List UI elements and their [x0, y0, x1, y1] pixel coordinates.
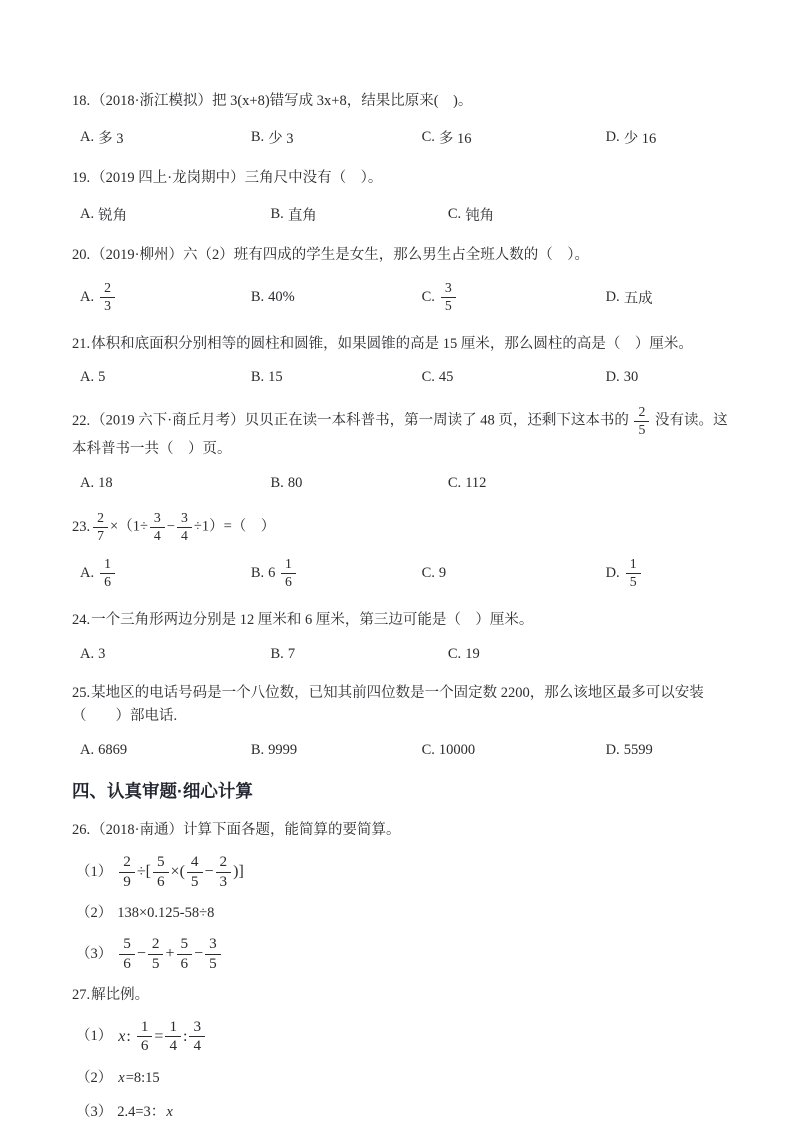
option-label: B. [251, 742, 264, 759]
fraction-denominator: 6 [141, 1037, 149, 1054]
fraction-denominator: 4 [154, 528, 161, 544]
sub-item-27-2: （2）x=8:15 [72, 1067, 737, 1090]
option-a: A.18 [80, 475, 271, 492]
options-row: A.6869B.9999C.10000D.5599 [72, 742, 737, 759]
question-stem: 21.体积和底面积分别相等的圆柱和圆锥，如果圆锥的高是 15 厘米，那么圆柱的高… [72, 333, 737, 357]
option-label: C. [422, 565, 435, 582]
math-text: 30 [624, 369, 639, 386]
math-text: 18 [98, 475, 113, 492]
option-a: A.16 [80, 557, 251, 590]
fraction-denominator: 4 [193, 1037, 201, 1054]
option-c: C.10000 [422, 742, 606, 759]
fraction-denominator: 5 [638, 422, 645, 438]
fraction-denominator: 5 [152, 955, 160, 972]
math-text: 15 [268, 369, 283, 386]
fraction: 29 [119, 854, 135, 890]
fraction: 34 [150, 511, 165, 544]
variable-x: x [165, 1101, 173, 1122]
math-text: − [137, 941, 146, 967]
option-d: D.五成 [606, 287, 737, 308]
option-c: C.多 16 [422, 127, 606, 148]
option-label: C. [422, 742, 435, 759]
sub-item-label: （3） [76, 1101, 112, 1122]
options-row: A.3B.7C.19 [72, 646, 737, 663]
fraction: 45 [187, 854, 203, 890]
option-d: D.15 [606, 557, 737, 590]
fraction-denominator: 7 [97, 528, 104, 544]
option-label: A. [80, 742, 94, 759]
fraction-denominator: 4 [169, 1037, 177, 1054]
math-text: 40% [268, 289, 295, 306]
sub-item-27-1: （1）x: 16=14:34 [72, 1019, 737, 1055]
fraction: 34 [177, 511, 192, 544]
math-text: 多 3 [98, 127, 123, 148]
variable-x: x [117, 1024, 126, 1050]
option-label: B. [251, 565, 264, 582]
option-b: B.直角 [271, 204, 448, 225]
math-text: 112 [465, 475, 486, 492]
option-a: A.3 [80, 646, 271, 663]
options-row: A.23B.40%C.35D.五成 [72, 281, 737, 314]
options-row: A.5B.15C.45D.30 [72, 369, 737, 386]
math-text: : [126, 1024, 134, 1050]
options-row: A.锐角B.直角C.钝角 [72, 204, 737, 225]
fraction: 34 [189, 1019, 205, 1055]
question-stem: 18.（2018·浙江模拟）把 3(x+8)错写成 3x+8，结果比原来( )。 [72, 90, 737, 114]
question-20: 20.（2019·柳州）六（2）班有四成的学生是女生，那么男生占全班人数的（ ）… [72, 244, 737, 314]
fraction-numerator: 2 [119, 854, 135, 872]
option-label: B. [271, 646, 284, 663]
fraction: 16 [281, 557, 296, 590]
fraction-numerator: 1 [100, 557, 115, 574]
option-c: C.45 [422, 369, 606, 386]
option-label: B. [251, 369, 264, 386]
question-number: 26. [72, 822, 90, 838]
question-stem: 25.某地区的电话号码是一个八位数，已知其前四位数是一个固定数 2200，那么该… [72, 682, 737, 730]
sub-item-label: （3） [76, 943, 112, 966]
question-number: 25. [72, 685, 90, 701]
fraction-denominator: 3 [104, 298, 111, 314]
math-text: （2018·南通）计算下面各题，能简算的要简算。 [91, 822, 400, 838]
options-row: A.18B.80C.112 [72, 475, 737, 492]
sub-item-label: （1） [76, 861, 112, 884]
option-b: B.9999 [251, 742, 422, 759]
option-a: A.5 [80, 369, 251, 386]
question-number: 22. [72, 413, 90, 429]
option-c: C.19 [448, 646, 737, 663]
math-text: 19 [465, 646, 480, 663]
fraction: 16 [100, 557, 115, 590]
fraction: 35 [441, 281, 456, 314]
option-label: D. [606, 742, 620, 759]
fraction-denominator: 3 [220, 873, 228, 890]
fraction-denominator: 5 [191, 873, 199, 890]
math-text: 直角 [288, 204, 317, 225]
question-number: 27. [72, 987, 90, 1003]
option-label: B. [251, 129, 264, 146]
option-label: A. [80, 289, 94, 306]
option-label: D. [606, 565, 620, 582]
options-row: A.16B.6 16C.9D.15 [72, 557, 737, 590]
option-label: B. [271, 206, 284, 223]
math-text: ×( [171, 859, 185, 885]
question-stem: 20.（2019·柳州）六（2）班有四成的学生是女生，那么男生占全班人数的（ ）… [72, 244, 737, 268]
math-text: ×（1÷ [110, 519, 148, 535]
math-text: = [154, 1024, 163, 1050]
math-text: 五成 [624, 287, 653, 308]
fraction-denominator: 6 [104, 574, 111, 590]
fraction-numerator: 2 [93, 511, 108, 528]
math-text: （2019 四上·龙岗期中）三角尺中没有（ ）。 [91, 170, 382, 186]
math-text: 10000 [439, 742, 475, 759]
math-text: 6869 [98, 742, 127, 759]
fraction-numerator: 2 [148, 936, 164, 954]
fraction-denominator: 6 [181, 955, 189, 972]
math-text: 9999 [268, 742, 297, 759]
math-text: 一个三角形两边分别是 12 厘米和 6 厘米，第三边可能是（ ）厘米。 [91, 612, 533, 628]
fraction: 56 [119, 936, 135, 972]
math-text: 2.4=3： [117, 1101, 165, 1122]
fraction-denominator: 4 [181, 528, 188, 544]
fraction: 23 [100, 281, 115, 314]
fraction: 25 [634, 405, 649, 438]
question-27: 27.解比例。（1）x: 16=14:34（2）x=8:15（3）2.4=3：x [72, 984, 737, 1122]
option-c: C.112 [448, 475, 737, 492]
section-heading: 四、认真审题·细心计算 [72, 778, 737, 803]
fraction: 25 [148, 936, 164, 972]
fraction-denominator: 5 [630, 574, 637, 590]
math-text: )] [233, 859, 244, 885]
fraction-numerator: 1 [281, 557, 296, 574]
option-label: A. [80, 129, 94, 146]
option-d: D.30 [606, 369, 737, 386]
math-text: 少 16 [624, 127, 657, 148]
option-b: B.6 16 [251, 557, 422, 590]
math-text: 5 [98, 369, 105, 386]
question-number: 23. [72, 519, 90, 535]
option-a: A.锐角 [80, 204, 271, 225]
math-text: 少 3 [268, 127, 293, 148]
option-label: C. [448, 646, 461, 663]
option-label: B. [251, 289, 264, 306]
option-label: C. [422, 129, 435, 146]
fraction-denominator: 6 [123, 955, 131, 972]
option-label: D. [606, 369, 620, 386]
question-number: 21. [72, 336, 90, 352]
option-label: C. [448, 206, 461, 223]
options-row: A.多 3B.少 3C.多 16D.少 16 [72, 127, 737, 148]
fraction-numerator: 3 [150, 511, 165, 528]
sub-item-27-3: （3）2.4=3：x [72, 1101, 737, 1122]
question-number: 18. [72, 93, 90, 109]
fraction: 56 [153, 854, 169, 890]
question-stem: 26.（2018·南通）计算下面各题，能简算的要简算。 [72, 819, 737, 843]
fraction-numerator: 5 [177, 936, 193, 954]
math-text: 138×0.125-58÷8 [117, 902, 214, 925]
math-text: + [165, 941, 174, 967]
option-b: B.7 [271, 646, 448, 663]
fraction: 35 [205, 936, 221, 972]
option-b: B.80 [271, 475, 448, 492]
option-a: A.多 3 [80, 127, 251, 148]
question-19: 19.（2019 四上·龙岗期中）三角尺中没有（ ）。A.锐角B.直角C.钝角 [72, 167, 737, 225]
question-number: 20. [72, 247, 90, 263]
option-c: C.35 [422, 281, 606, 314]
math-text: 某地区的电话号码是一个八位数，已知其前四位数是一个固定数 2200，那么该地区最… [72, 685, 704, 725]
math-text: 9 [439, 565, 446, 582]
question-23: 23.27×（1÷34−34÷1）=（ ）A.16B.6 16C.9D.15 [72, 511, 737, 590]
fraction-numerator: 2 [216, 854, 232, 872]
option-d: D.少 16 [606, 127, 737, 148]
fraction-numerator: 1 [626, 557, 641, 574]
fraction: 56 [177, 936, 193, 972]
fraction-denominator: 6 [157, 873, 165, 890]
fraction-numerator: 1 [165, 1019, 181, 1037]
question-24: 24.一个三角形两边分别是 12 厘米和 6 厘米，第三边可能是（ ）厘米。A.… [72, 609, 737, 663]
document-page: 18.（2018·浙江模拟）把 3(x+8)错写成 3x+8，结果比原来( )。… [0, 0, 793, 1122]
fraction: 23 [216, 854, 232, 890]
fraction-numerator: 4 [187, 854, 203, 872]
math-text: （2019·柳州）六（2）班有四成的学生是女生，那么男生占全班人数的（ ）。 [91, 247, 589, 263]
option-d: D.5599 [606, 742, 737, 759]
option-label: A. [80, 565, 94, 582]
fraction: 16 [137, 1019, 153, 1055]
option-a: A.6869 [80, 742, 251, 759]
question-stem: 24.一个三角形两边分别是 12 厘米和 6 厘米，第三边可能是（ ）厘米。 [72, 609, 737, 633]
sub-item-26-1: （1）29÷[56×(45−23)] [72, 854, 737, 890]
option-b: B.40% [251, 289, 422, 306]
math-text: 解比例。 [91, 987, 149, 1003]
fraction-denominator: 5 [209, 955, 217, 972]
option-a: A.23 [80, 281, 251, 314]
sub-item-label: （2） [76, 902, 112, 925]
math-text: 多 16 [439, 127, 472, 148]
question-21: 21.体积和底面积分别相等的圆柱和圆锥，如果圆锥的高是 15 厘米，那么圆柱的高… [72, 333, 737, 387]
math-text: 锐角 [98, 204, 127, 225]
question-stem: 22.（2019 六下·商丘月考）贝贝正在读一本科普书，第一周读了 48 页，还… [72, 405, 737, 462]
sub-item-26-3: （3）56−25+56−35 [72, 936, 737, 972]
fraction-numerator: 5 [119, 936, 135, 954]
fraction: 27 [93, 511, 108, 544]
math-text: 80 [288, 475, 303, 492]
math-text: 钝角 [465, 204, 494, 225]
option-c: C.9 [422, 565, 606, 582]
math-text: 7 [288, 646, 295, 663]
option-b: B.少 3 [251, 127, 422, 148]
fraction-numerator: 2 [100, 281, 115, 298]
question-22: 22.（2019 六下·商丘月考）贝贝正在读一本科普书，第一周读了 48 页，还… [72, 405, 737, 492]
question-number: 24. [72, 612, 90, 628]
math-text: : [183, 1024, 187, 1050]
option-label: B. [271, 475, 284, 492]
variable-x: x [117, 1067, 125, 1090]
fraction-numerator: 1 [137, 1019, 153, 1037]
option-label: A. [80, 369, 94, 386]
sub-item-26-2: （2）138×0.125-58÷8 [72, 902, 737, 925]
question-25: 25.某地区的电话号码是一个八位数，已知其前四位数是一个固定数 2200，那么该… [72, 682, 737, 760]
math-text: ÷[ [137, 859, 151, 885]
math-text: − [194, 941, 203, 967]
fraction-denominator: 6 [285, 574, 292, 590]
option-label: D. [606, 289, 620, 306]
option-label: C. [448, 475, 461, 492]
fraction: 14 [165, 1019, 181, 1055]
fraction-numerator: 2 [634, 405, 649, 422]
math-text: 6 [268, 565, 279, 582]
math-text: 45 [439, 369, 454, 386]
sub-item-label: （2） [76, 1067, 112, 1090]
fraction-denominator: 9 [123, 873, 131, 890]
question-stem: 23.27×（1÷34−34÷1）=（ ） [72, 511, 737, 544]
option-label: A. [80, 206, 94, 223]
question-26: 26.（2018·南通）计算下面各题，能简算的要简算。（1）29÷[56×(45… [72, 819, 737, 972]
fraction-denominator: 5 [445, 298, 452, 314]
option-label: A. [80, 646, 94, 663]
math-text: 体积和底面积分别相等的圆柱和圆锥，如果圆锥的高是 15 厘米，那么圆柱的高是（ … [91, 336, 693, 352]
math-text: ÷1）=（ ） [194, 519, 275, 535]
math-text: （2018·浙江模拟）把 3(x+8)错写成 3x+8，结果比原来( )。 [91, 93, 472, 109]
fraction-numerator: 3 [205, 936, 221, 954]
fraction-numerator: 3 [189, 1019, 205, 1037]
question-stem: 19.（2019 四上·龙岗期中）三角尺中没有（ ）。 [72, 167, 737, 191]
math-text: − [167, 519, 175, 535]
math-text: 5599 [624, 742, 653, 759]
math-text: =8:15 [126, 1067, 160, 1090]
option-label: D. [606, 129, 620, 146]
option-label: A. [80, 475, 94, 492]
option-c: C.钝角 [448, 204, 737, 225]
fraction-numerator: 3 [441, 281, 456, 298]
option-b: B.15 [251, 369, 422, 386]
option-label: C. [422, 289, 435, 306]
question-stem: 27.解比例。 [72, 984, 737, 1008]
fraction: 15 [626, 557, 641, 590]
math-text: − [205, 859, 214, 885]
fraction-numerator: 3 [177, 511, 192, 528]
question-18: 18.（2018·浙江模拟）把 3(x+8)错写成 3x+8，结果比原来( )。… [72, 90, 737, 148]
question-number: 19. [72, 170, 90, 186]
fraction-numerator: 5 [153, 854, 169, 872]
option-label: C. [422, 369, 435, 386]
sub-item-label: （1） [76, 1025, 112, 1048]
math-text: 3 [98, 646, 105, 663]
math-text: （2019 六下·商丘月考）贝贝正在读一本科普书，第一周读了 48 页，还剩下这… [91, 413, 632, 429]
